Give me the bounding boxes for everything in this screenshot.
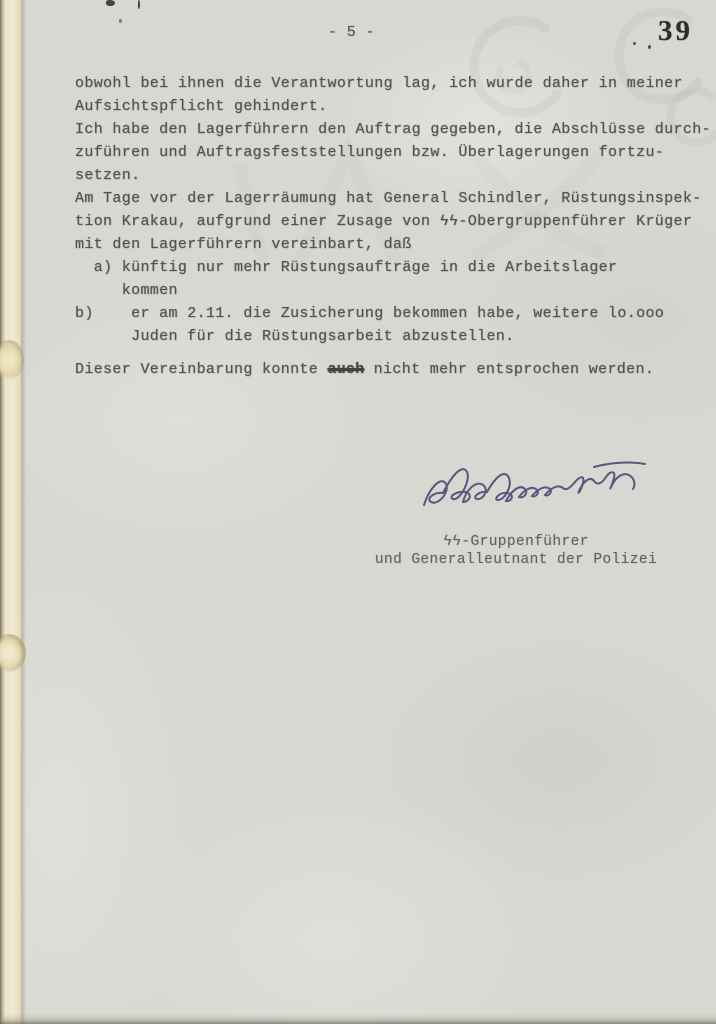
closing-text-after: nicht mehr entsprochen werden. bbox=[364, 361, 654, 378]
page-edge-shadow bbox=[22, 0, 26, 1024]
ink-speck bbox=[648, 45, 651, 49]
ink-speck bbox=[119, 19, 122, 23]
handwritten-signature bbox=[408, 446, 658, 526]
page-bottom-edge bbox=[0, 1014, 716, 1024]
scanned-document-page: - 5 - 39 obwohl bei ihnen die Verantwort… bbox=[0, 0, 716, 1024]
body-line: Am Tage vor der Lagerräumung hat General… bbox=[75, 187, 711, 210]
body-line: Aufsichtspflicht gehindert. bbox=[75, 95, 711, 118]
body-line: mit den Lagerführern vereinbart, daß bbox=[75, 233, 711, 256]
signature-rank-block: ϟϟ-Gruppenführer und Generalleutnant der… bbox=[348, 534, 684, 569]
body-line-item-a-cont: kommen bbox=[75, 279, 711, 302]
rank-line-2: und Generalleutnant der Polizei bbox=[348, 552, 684, 570]
ink-speck bbox=[138, 0, 140, 9]
ink-speck bbox=[106, 0, 115, 6]
struck-out-word: auch bbox=[328, 361, 365, 378]
body-line-item-b: b) er am 2.11. die Zusicherung bekommen … bbox=[75, 302, 711, 325]
body-line-item-a: a) künftig nur mehr Rüstungsaufträge in … bbox=[75, 256, 711, 279]
body-line-item-b-cont: Juden für die Rüstungsarbeit abzustellen… bbox=[75, 325, 711, 348]
binding-edge bbox=[0, 0, 22, 1024]
body-line: setzen. bbox=[75, 164, 711, 187]
closing-text-before: Dieser Vereinbarung konnte bbox=[75, 361, 328, 378]
ink-speck bbox=[633, 42, 636, 45]
rank-line-1: ϟϟ-Gruppenführer bbox=[348, 534, 684, 552]
typewritten-body: obwohl bei ihnen die Verantwortung lag, … bbox=[75, 72, 711, 381]
body-line: obwohl bei ihnen die Verantwortung lag, … bbox=[75, 72, 711, 95]
page-number-marker: - 5 - bbox=[328, 24, 375, 41]
body-line: Ich habe den Lagerführern den Auftrag ge… bbox=[75, 118, 711, 141]
folio-number: 39 bbox=[658, 15, 693, 48]
closing-sentence: Dieser Vereinbarung konnte auch nicht me… bbox=[75, 358, 711, 381]
body-line: zuführen und Auftragsfeststellungen bzw.… bbox=[75, 141, 711, 164]
body-line: tion Krakau, aufgrund einer Zusage von ϟ… bbox=[75, 210, 711, 233]
